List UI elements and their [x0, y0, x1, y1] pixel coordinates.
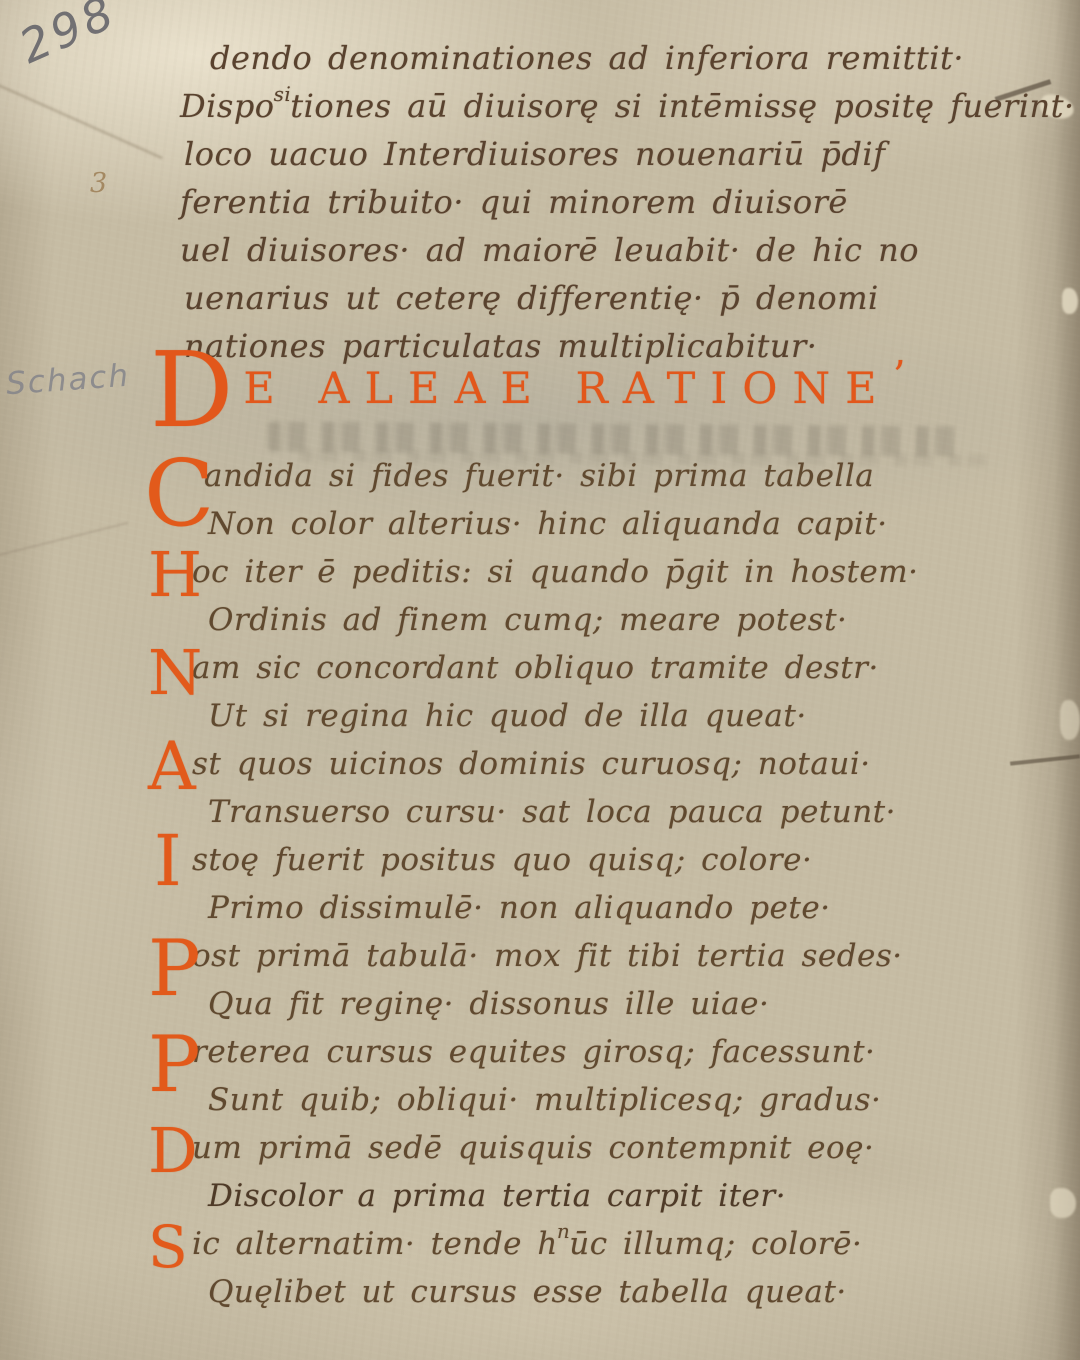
verse-line: Preterea cursus equites girosq; facessun…: [148, 1028, 1060, 1076]
manuscript-page: 298 3 Schach dendo denominationes ad inf…: [0, 0, 1080, 1360]
verse-line: Transuerso cursu· sat loca pauca petunt·: [148, 788, 1060, 836]
verse-line: Hoc iter ē peditis: si quando p̄git in h…: [148, 548, 1060, 596]
title-flourish: ʼ: [892, 348, 905, 400]
verse-line: Ordinis ad finem cumq; meare potest·: [148, 596, 1060, 644]
verse-line: Quęlibet ut cursus esse tabella queat·: [148, 1268, 1060, 1316]
verse-line: Non color alterius· hinc aliquanda capit…: [148, 500, 1060, 548]
margin-note-schach: Schach: [5, 358, 131, 403]
verse-line: Nam sic concordant obliquo tramite destr…: [148, 644, 1060, 692]
prose-line: Dispositiones aū diuisorę si intēmissę p…: [180, 82, 1060, 130]
crease: [0, 522, 128, 560]
verse-line: Discolor a prima tertia carpit iter·: [148, 1172, 1060, 1220]
prose-block: dendo denominationes ad inferiora remitt…: [180, 34, 1060, 370]
tear-patch: [1060, 700, 1080, 740]
chapter-title: D E ALEAE RATIONE ʼ: [150, 348, 904, 432]
verse-line: Ast quos uicinos dominis curuosq; notaui…: [148, 740, 1060, 788]
title-text: E ALEAE RATIONE: [243, 348, 891, 414]
margin-number: 3: [90, 168, 107, 199]
prose-line: loco uacuo Interdiuisores nouenariū p̄di…: [180, 130, 1060, 178]
prose-line: uenarius ut ceterę differentię· p̄ denom…: [180, 274, 1060, 322]
verse-line: Qua fit reginę· dissonus ille uiae·: [148, 980, 1060, 1028]
verse-line: Istoę fuerit positus quo quisq; colore·: [148, 836, 1060, 884]
verse-line: Sunt quib; obliqui· multiplicesq; gradus…: [148, 1076, 1060, 1124]
verse-line: Dum primā sedē quisquis contempnit eoę·: [148, 1124, 1060, 1172]
verse-line: Candida si fides fuerit· sibi prima tabe…: [148, 452, 1060, 500]
prose-line: ferentia tribuito· qui minorem diuisorē: [180, 178, 1060, 226]
verse-line: Primo dissimulē· non aliquando pete·: [148, 884, 1060, 932]
tear-patch: [1062, 288, 1078, 314]
verse-line: Sic alternatim· tende hnūc illumq; color…: [148, 1220, 1060, 1268]
verse-line: Post primā tabulā· mox fit tibi tertia s…: [148, 932, 1060, 980]
poem-block: Candida si fides fuerit· sibi prima tabe…: [148, 452, 1060, 1316]
crease: [0, 84, 163, 160]
prose-line: dendo denominationes ad inferiora remitt…: [180, 34, 1060, 82]
verse-line: Ut si regina hic quod de illa queat·: [148, 692, 1060, 740]
folio-number-pencil: 298: [11, 0, 124, 74]
prose-line: uel diuisores· ad maiorē leuabit· de hic…: [180, 226, 1060, 274]
title-initial-D: D: [150, 348, 233, 432]
